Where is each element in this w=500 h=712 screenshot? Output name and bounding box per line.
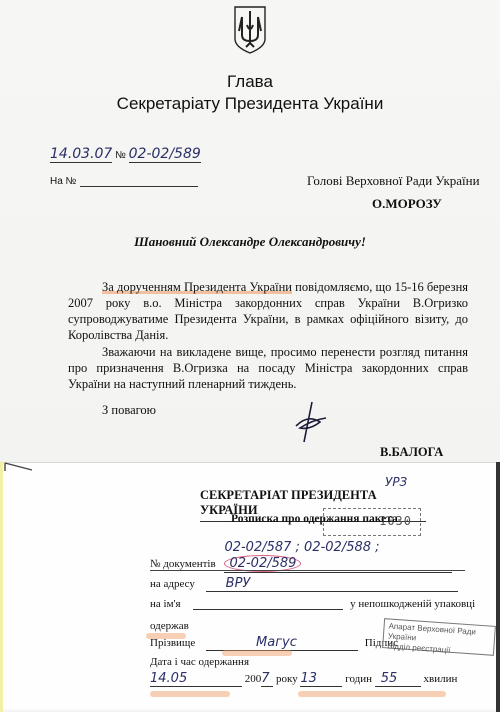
outgoing-date: 14.03.07: [50, 146, 112, 163]
year-prefix: 200: [245, 673, 262, 685]
surname-field: Магус: [206, 635, 358, 651]
paragraph-1: За дорученням Президента України повідом…: [68, 279, 468, 343]
surname-row: Прізвище Магус Підпис: [150, 635, 398, 651]
highlighter-mark: [150, 691, 230, 697]
hours-label: годин: [345, 673, 372, 685]
registry-stamp: Апарат Верховної Ради України Відділ реє…: [382, 618, 496, 656]
address-field: ВРУ: [206, 576, 458, 592]
minutes-value: 55: [381, 671, 398, 686]
datetime-label: Дата і час одержання: [150, 656, 249, 668]
year-value: 7: [261, 671, 273, 687]
letter-page: [0, 0, 500, 462]
address-label: на адресу: [150, 578, 195, 590]
name-suffix: у непошкодженій упаковці: [350, 598, 475, 610]
outgoing-number-line: 14.03.07 № 02-02/589: [50, 146, 201, 163]
name-row: на ім'я у непошкодженій упаковці: [150, 598, 475, 610]
datetime-row: 14.05 2007 року 13 годин 55 хвилин: [150, 671, 457, 687]
reply-to-blank: [80, 177, 198, 187]
separator-line: [150, 570, 465, 571]
year-suffix: року: [276, 673, 298, 685]
address-value: ВРУ: [226, 576, 251, 591]
hours-value: 13: [300, 671, 317, 686]
paragraph-2-text: Зважаючи на викладене вище, просимо пере…: [68, 345, 468, 391]
signature-icon: [290, 400, 330, 444]
documents-values: 02-02/587 ; 02-02/588 ;: [224, 540, 379, 555]
hours-field: 13: [300, 671, 342, 687]
trident-emblem-icon: [233, 5, 267, 55]
received-row: одержав: [150, 620, 189, 632]
documents-row: № документів 02-02/587 ; 02-02/588 ; 02-…: [150, 540, 452, 573]
page-edge-dark: [496, 462, 500, 712]
minutes-label: хвилин: [424, 673, 458, 685]
reply-to-label: На №: [50, 176, 76, 187]
minutes-field: 55: [375, 671, 421, 687]
page-edge: [0, 462, 3, 712]
date-field: 14.05: [150, 671, 242, 687]
date-value: 14.05: [150, 671, 187, 686]
paragraph-2: Зважаючи на викладене вище, просимо пере…: [68, 344, 468, 392]
surname-value: Магус: [256, 635, 297, 650]
receipt-subtitle: Розписка про одержання пакета: [231, 513, 398, 525]
addressee-name: О.МОРОЗУ: [372, 196, 442, 212]
letter-heading-org: Секретаріату Президента України: [0, 94, 500, 114]
closing: З повагою: [102, 403, 156, 418]
received-label: одержав: [150, 620, 189, 632]
addressee-position: Голові Верховної Ради України: [307, 173, 480, 189]
outgoing-number: 02-02/589: [129, 146, 201, 163]
signer-name: В.БАЛОГА: [380, 445, 443, 460]
outgoing-no-label: №: [115, 150, 126, 161]
documents-field: 02-02/587 ; 02-02/588 ; 02-02/589: [224, 540, 452, 573]
surname-label: Прізвище: [150, 637, 195, 649]
address-row: на адресу ВРУ: [150, 576, 458, 592]
documents-label: № документів: [150, 558, 216, 570]
reply-to-line: На №: [50, 176, 198, 187]
highlighter-mark: [298, 691, 446, 697]
highlighted-phrase: За дорученням Президента України: [102, 280, 292, 294]
greeting: Шановний Олександре Олександровичу!: [0, 234, 500, 250]
letter-heading-title: Глава: [0, 72, 500, 92]
name-label: на ім'я: [150, 598, 181, 610]
name-field: [193, 598, 343, 610]
pen-mark-icon: [4, 462, 34, 472]
receipt-handwritten-mark: УРЗ: [385, 475, 407, 489]
